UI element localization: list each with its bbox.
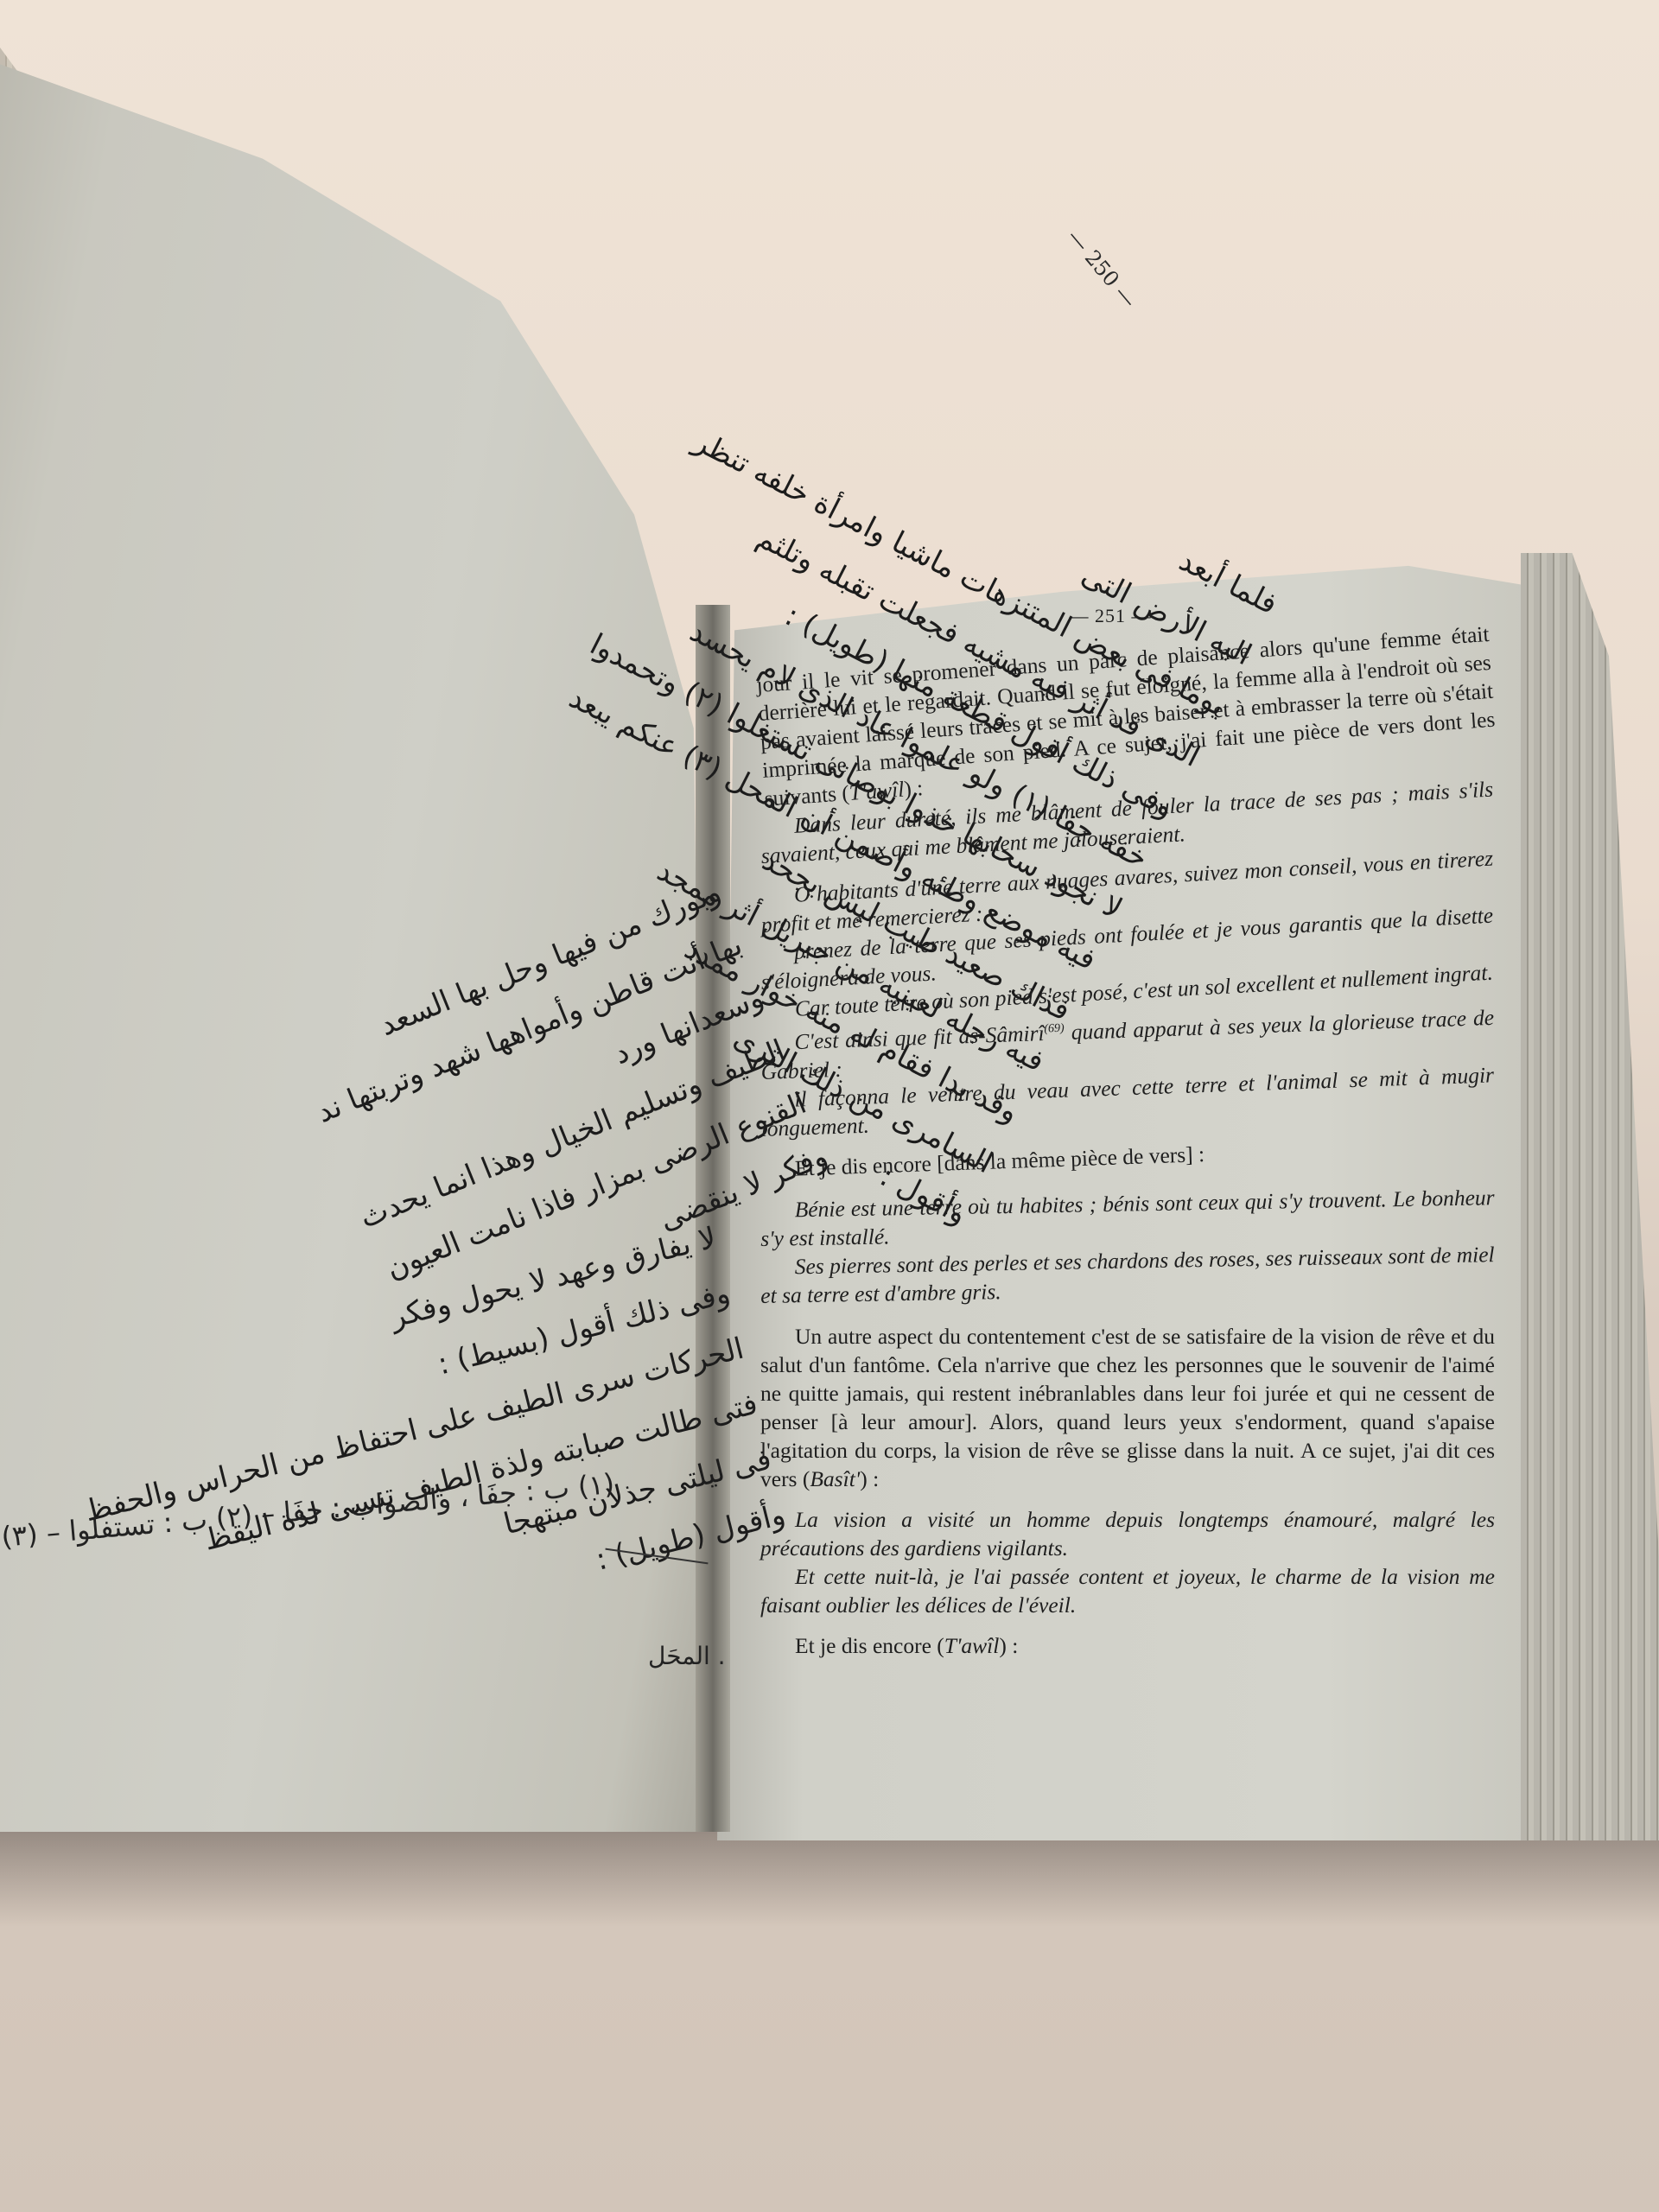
right-page-number: — 251 — [726,605,1495,627]
left-page-number: — 250 — [1062,225,1141,313]
verse: La vision a visité un homme depuis longt… [760,1505,1495,1562]
arabic-footnote-continuation: المحَل . [648,1642,726,1670]
meter-name: T'awîl [944,1633,1000,1658]
meter-name: Basît' [810,1466,860,1491]
paragraph-prose: Un autre aspect du contentement c'est de… [760,1322,1495,1493]
verse: Et cette nuit-là, je l'ai passée content… [760,1562,1495,1619]
paragraph-prose: Et je dis encore (T'awîl) : [760,1631,1495,1660]
right-page-edges [1521,553,1659,1840]
verse: Ses pierres sont des perles et ses chard… [760,1240,1495,1310]
footnote-reference: (69) [1044,1022,1065,1036]
meter-name: T'awîl [849,777,905,805]
french-text-block: — 251 — jour il le vit se promener dans … [760,605,1495,1660]
